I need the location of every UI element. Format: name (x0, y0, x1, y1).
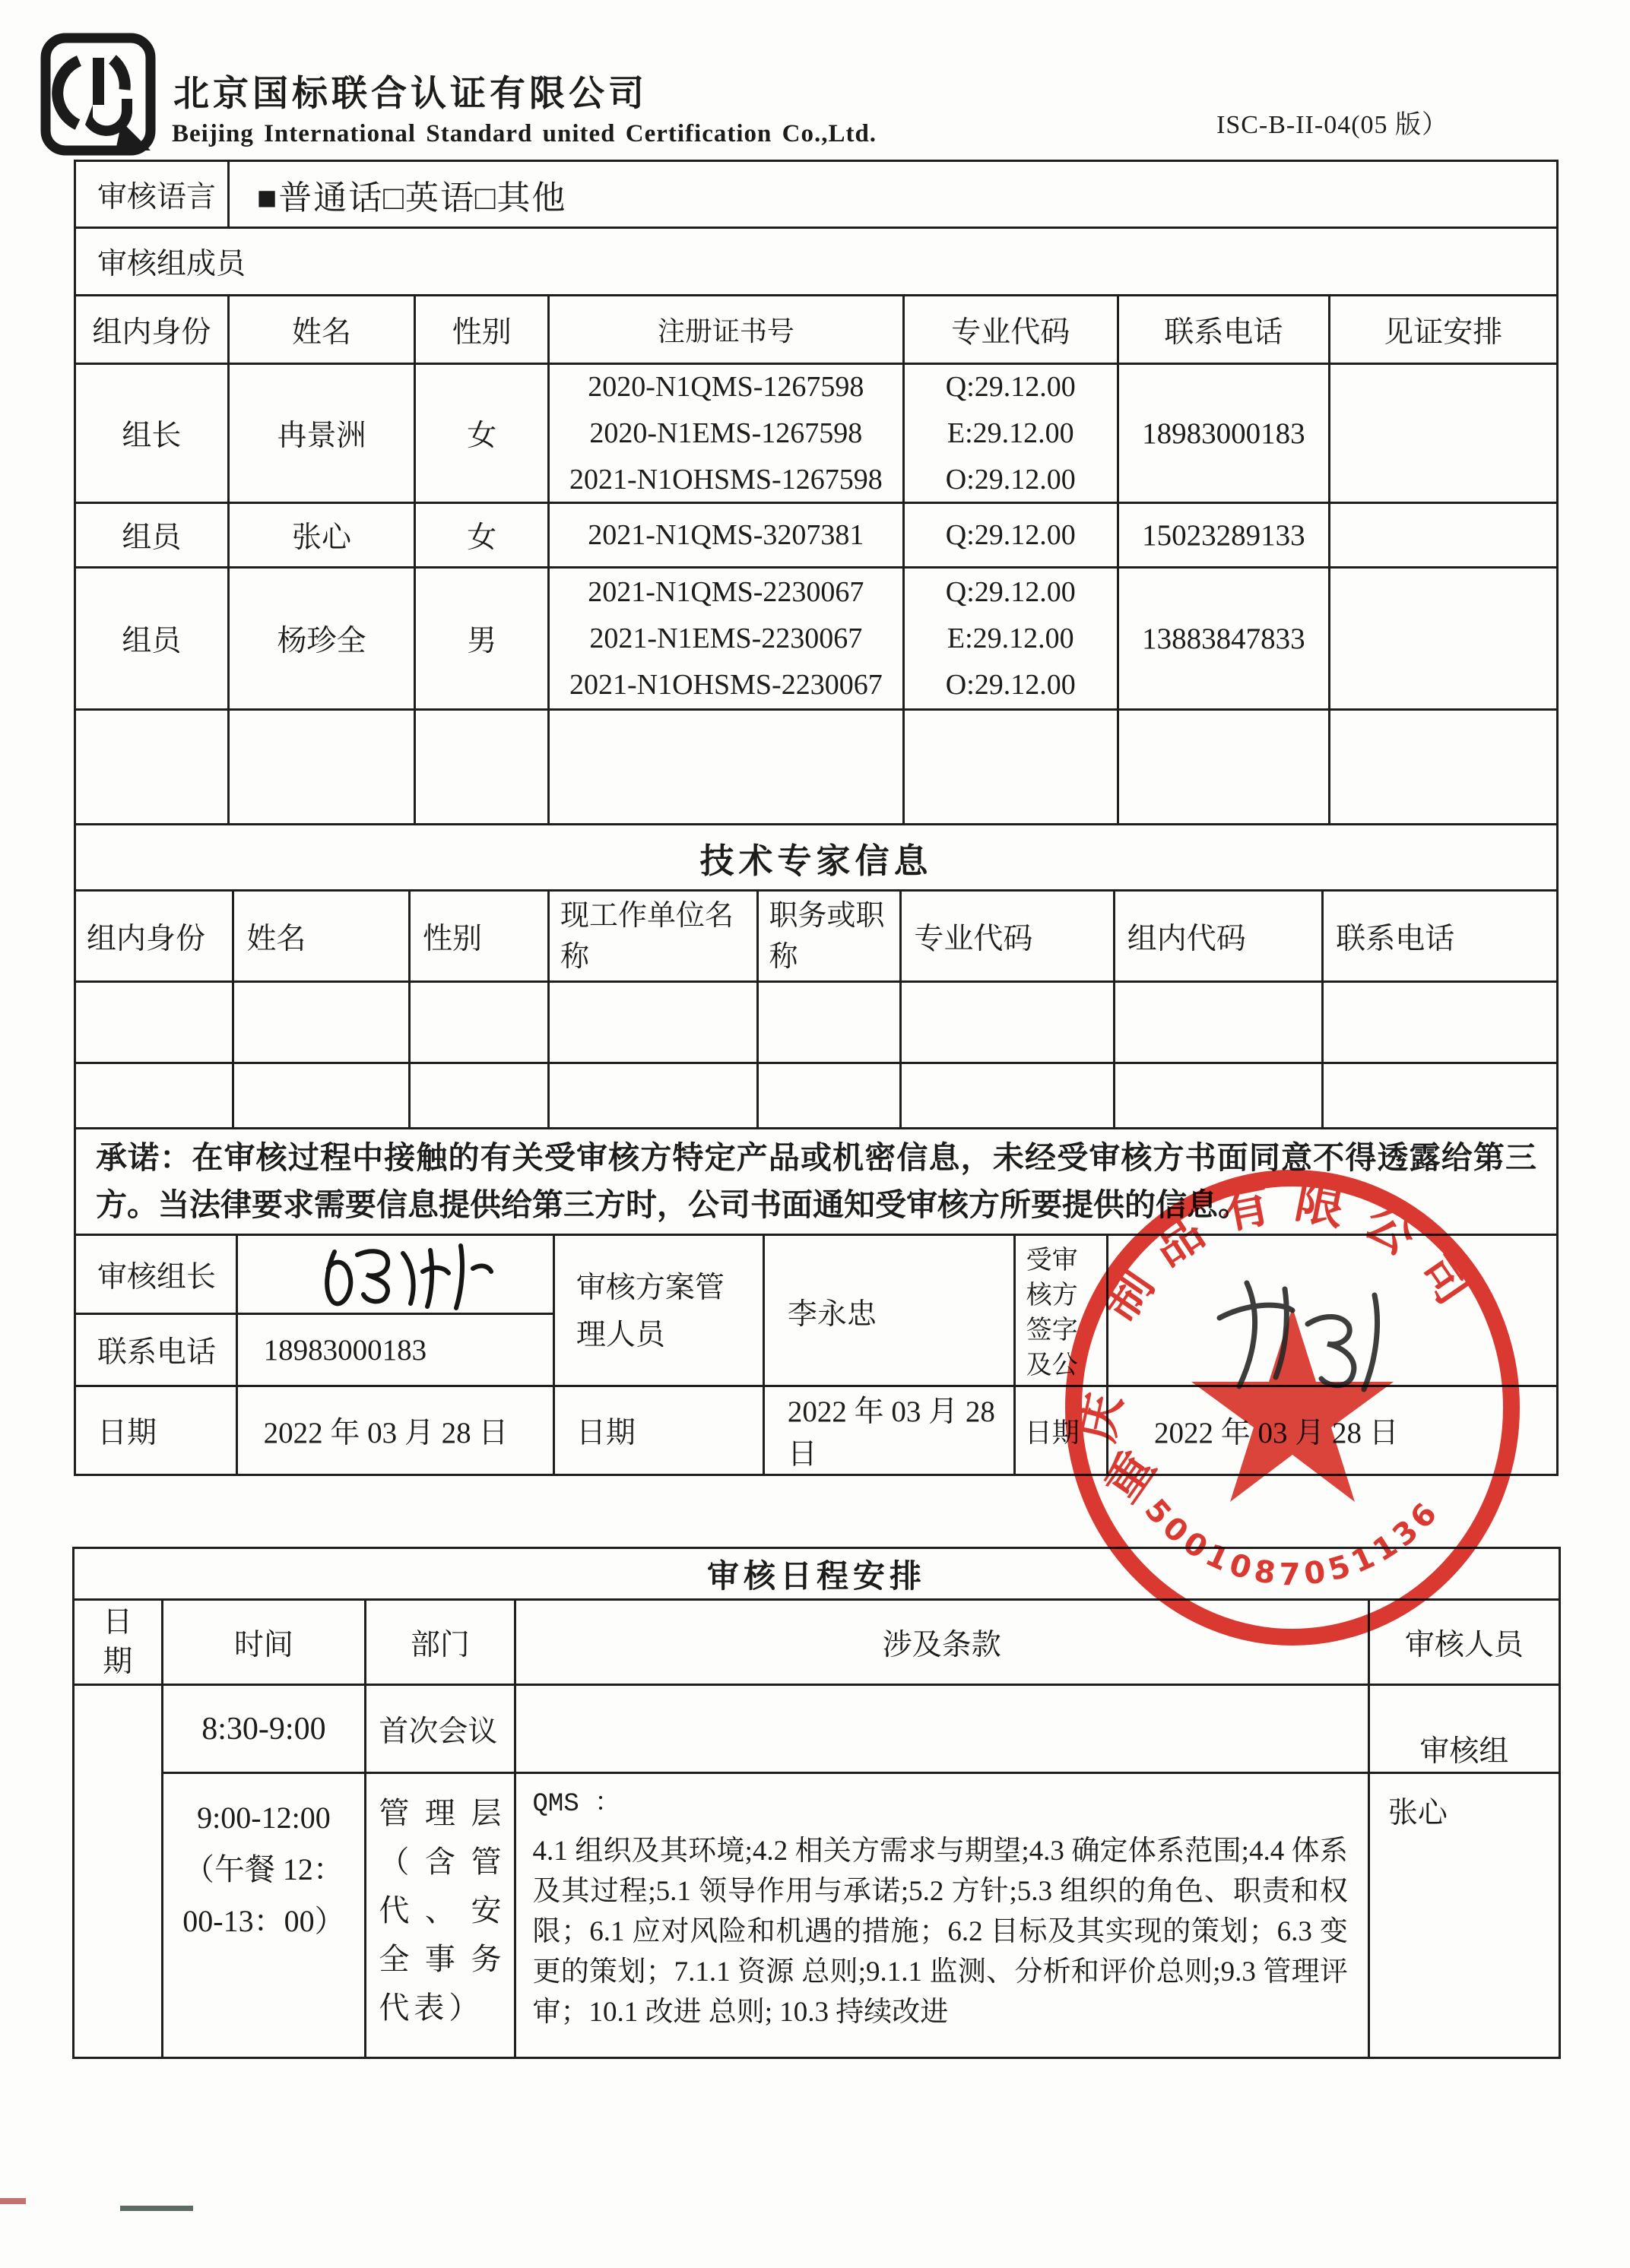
code-line: E:29.12.00 (947, 410, 1074, 457)
expert-col-name: 姓名 (234, 892, 411, 980)
client-date-label: 日期 (1016, 1385, 1108, 1474)
empty-cell (1330, 711, 1556, 823)
commitment-text: 承诺：在审核过程中接触的有关受审核方特定产品或机密信息，未经受审核方书面同意不得… (76, 1129, 1556, 1234)
schedule-auditor-1: 审核组 (1370, 1686, 1559, 1774)
schedule-col-clauses: 涉及条款 (516, 1601, 1370, 1686)
empty-cell (759, 1064, 902, 1127)
col-header-gender: 性别 (416, 296, 550, 363)
client-date: 2022 年 03 月 28 日 (1108, 1385, 1556, 1474)
member-gender: 女 (416, 504, 550, 566)
member-phone: 15023289133 (1119, 504, 1330, 566)
team-title: 审核组成员 (76, 229, 1556, 294)
schedule-col-dept: 部门 (366, 1601, 515, 1686)
code-line: Q:29.12.00 (946, 569, 1076, 616)
audit-language-row: 审核语言 ■普通话□英语□其他 (76, 162, 1556, 229)
member-gender: 女 (416, 365, 550, 502)
empty-cell (550, 711, 904, 823)
schedule-time-1: 8:30-9:00 (163, 1686, 367, 1774)
expert-row-empty (76, 1064, 1556, 1129)
audit-schedule-table: 审核日程安排 日期 时间 部门 涉及条款 审核人员 8:30-9:00 首次会议… (72, 1547, 1561, 2059)
col-header-witness: 见证安排 (1330, 296, 1556, 363)
leader-date: 2022 年 03 月 28 日 (238, 1387, 555, 1474)
expert-col-role: 组内身份 (76, 892, 234, 980)
schedule-dept-2: 管理层（含管代、安全事务代表） (366, 1774, 515, 2057)
empty-cell (759, 983, 902, 1062)
empty-cell (902, 983, 1115, 1062)
cert-line: 2021-N1OHSMS-2230067 (569, 662, 883, 708)
commitment-row: 承诺：在审核过程中接触的有关受审核方特定产品或机密信息，未经受审核方书面同意不得… (76, 1129, 1556, 1236)
empty-cell (411, 1064, 550, 1127)
team-row-member1: 组员 张心 女 2021-N1QMS-3207381 Q:29.12.00 15… (76, 504, 1556, 569)
code-line: E:29.12.00 (947, 616, 1074, 662)
member-name: 冉景洲 (230, 365, 417, 502)
leader-date-label: 日期 (76, 1387, 238, 1474)
expert-header-row: 组内身份 姓名 性别 现工作单位名称 职务或职称 专业代码 组内代码 联系电话 (76, 892, 1556, 983)
schedule-col-date: 日期 (75, 1601, 163, 1686)
schedule-col-time: 时间 (163, 1601, 367, 1686)
handwritten-signature-icon (281, 1238, 509, 1311)
team-header-row: 组内身份 姓名 性别 注册证书号 专业代码 联系电话 见证安排 (76, 296, 1556, 365)
code-line: O:29.12.00 (946, 662, 1076, 708)
empty-cell (76, 711, 230, 823)
schedule-title: 审核日程安排 (75, 1549, 1559, 1601)
expert-col-phone: 联系电话 (1324, 892, 1556, 980)
member-codes: Q:29.12.00 (905, 504, 1120, 566)
expert-title-row: 技术专家信息 (76, 825, 1556, 892)
expert-col-code: 专业代码 (902, 892, 1115, 980)
audit-language-label: 审核语言 (76, 162, 230, 226)
schedule-time-2-text: 9:00-12:00 （午餐 12： 00-13：00） (182, 1774, 344, 1947)
cert-line: 2021-N1QMS-2230067 (588, 569, 864, 616)
scan-artifact (0, 2198, 26, 2204)
col-header-phone: 联系电话 (1119, 296, 1330, 363)
signoff-section: 审核组长 联系电话 18983000183 日期 2022 年 03 月 28 … (76, 1236, 1556, 1474)
schedule-col-date-text: 日期 (98, 1603, 137, 1682)
schedule-clauses-2-text: QMS ： 4.1 组织及其环境;4.2 相关方需求与期望;4.3 确定体系范围… (516, 1774, 1368, 2040)
company-name-cn: 北京国标联合认证有限公司 (173, 65, 648, 116)
audit-language-value: ■普通话□英语□其他 (230, 162, 1556, 226)
empty-cell (1324, 983, 1556, 1062)
code-line: O:29.12.00 (946, 457, 1076, 502)
member-certs: 2020-N1QMS-1267598 2020-N1EMS-1267598 20… (550, 365, 904, 502)
expert-col-org: 现工作单位名称 (550, 892, 759, 980)
schedule-clauses-2: QMS ： 4.1 组织及其环境;4.2 相关方需求与期望;4.3 确定体系范围… (516, 1774, 1370, 2057)
schedule-date-cell (75, 1686, 163, 2057)
member-witness (1330, 504, 1556, 566)
empty-cell (1324, 1064, 1556, 1127)
audit-team-table: 审核语言 ■普通话□英语□其他 审核组成员 组内身份 姓名 性别 注册证书号 专… (74, 160, 1559, 1476)
team-title-row: 审核组成员 (76, 229, 1556, 296)
time-line: 9:00-12:00 (182, 1792, 344, 1844)
team-row-leader: 组长 冉景洲 女 2020-N1QMS-1267598 2020-N1EMS-1… (76, 365, 1556, 504)
col-header-role: 组内身份 (76, 296, 230, 363)
cert-line: 2020-N1EMS-1267598 (589, 410, 862, 457)
member-certs: 2021-N1QMS-3207381 (550, 504, 904, 566)
member-gender: 男 (416, 569, 550, 708)
expert-col-teamcode: 组内代码 (1115, 892, 1324, 980)
scheme-date-label: 日期 (555, 1385, 765, 1474)
expert-col-title: 职务或职称 (759, 892, 902, 980)
phone-value: 18983000183 (238, 1315, 555, 1387)
schedule-dept-1: 首次会议 (366, 1686, 515, 1774)
empty-cell (234, 1064, 411, 1127)
expert-row-empty (76, 983, 1556, 1064)
cert-line: 2020-N1QMS-1267598 (588, 365, 864, 410)
empty-cell (902, 1064, 1115, 1127)
member-witness (1330, 365, 1556, 502)
time-line: 00-13：00） (182, 1896, 344, 1947)
team-row-member2: 组员 杨珍全 男 2021-N1QMS-2230067 2021-N1EMS-2… (76, 569, 1556, 711)
team-row-empty (76, 711, 1556, 825)
cert-line: 2021-N1EMS-2230067 (589, 616, 862, 662)
empty-cell (550, 983, 759, 1062)
empty-cell (550, 1064, 759, 1127)
member-name: 杨珍全 (230, 569, 417, 708)
schedule-dept-2-text: 管理层（含管代、安全事务代表） (366, 1774, 513, 2032)
col-header-cert: 注册证书号 (550, 296, 904, 363)
member-certs: 2021-N1QMS-2230067 2021-N1EMS-2230067 20… (550, 569, 904, 708)
empty-cell (1115, 1064, 1324, 1127)
member-name: 张心 (230, 504, 417, 566)
certification-mark-icon (40, 32, 160, 160)
scanned-audit-form-page: 北京国标联合认证有限公司 Beijing International Stand… (0, 0, 1630, 2268)
empty-cell (230, 711, 417, 823)
empty-cell (411, 983, 550, 1062)
schedule-col-auditor: 审核人员 (1370, 1601, 1559, 1686)
leader-signature (238, 1236, 555, 1315)
member-role: 组员 (76, 504, 230, 566)
member-phone: 13883847833 (1119, 569, 1330, 708)
form-code: ISC-B-II-04(05 版） (1216, 103, 1448, 141)
phone-label: 联系电话 (76, 1315, 238, 1387)
member-witness (1330, 569, 1556, 708)
scheme-manager-name: 李永忠 (765, 1236, 1016, 1387)
schedule-clauses-1 (516, 1686, 1370, 1774)
empty-cell (76, 1064, 234, 1127)
col-header-code: 专业代码 (905, 296, 1120, 363)
schedule-time-2: 9:00-12:00 （午餐 12： 00-13：00） (163, 1774, 367, 2057)
cert-line: 2021-N1OHSMS-1267598 (569, 457, 883, 502)
member-codes: Q:29.12.00 E:29.12.00 O:29.12.00 (905, 569, 1120, 708)
member-codes: Q:29.12.00 E:29.12.00 O:29.12.00 (905, 365, 1120, 502)
code-line: Q:29.12.00 (946, 365, 1076, 410)
empty-cell (76, 983, 234, 1062)
member-phone: 18983000183 (1119, 365, 1330, 502)
client-sign-label-text: 受审核方签字及公章 (1016, 1236, 1106, 1387)
leader-label: 审核组长 (76, 1236, 238, 1315)
schedule-auditor-2: 张心 (1370, 1774, 1559, 2057)
scheme-manager-label: 审核方案管理人员 (555, 1236, 765, 1387)
time-line: （午餐 12： (182, 1844, 344, 1896)
clauses-body: 4.1 组织及其环境;4.2 相关方需求与期望;4.3 确定体系范围;4.4 体… (533, 1836, 1348, 2028)
scheme-date: 2022 年 03 月 28 日 (765, 1385, 1016, 1474)
empty-cell (1119, 711, 1330, 823)
expert-title: 技术专家信息 (76, 825, 1556, 889)
member-role: 组长 (76, 365, 230, 502)
col-header-name: 姓名 (230, 296, 417, 363)
client-sign-area (1108, 1236, 1556, 1387)
empty-cell (905, 711, 1120, 823)
empty-cell (416, 711, 550, 823)
expert-col-gender: 性别 (411, 892, 550, 980)
qms-heading: QMS ： (533, 1785, 1348, 1825)
empty-cell (1115, 983, 1324, 1062)
client-sign-label: 受审核方签字及公章 (1016, 1236, 1108, 1387)
scheme-manager-label-text: 审核方案管理人员 (576, 1265, 763, 1359)
member-role: 组员 (76, 569, 230, 708)
company-name-en: Beijing International Standard united Ce… (172, 120, 877, 148)
empty-cell (234, 983, 411, 1062)
scan-artifact (120, 2206, 193, 2211)
